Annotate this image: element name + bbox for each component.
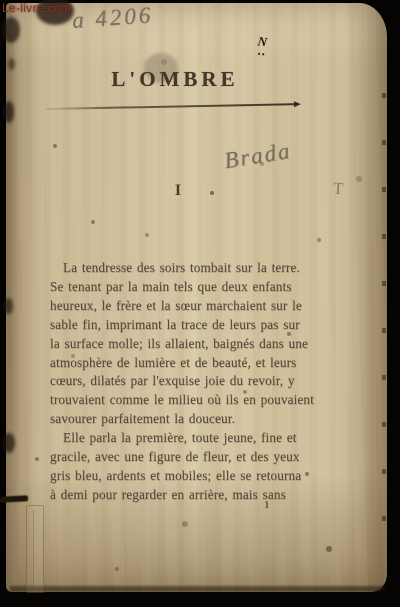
spine-blemish [8, 58, 15, 70]
page-number: 1 [264, 499, 270, 511]
page-title: L'OMBRE [64, 67, 286, 92]
ink-scribble-mark: N [255, 33, 269, 59]
title-rule [46, 103, 298, 109]
fore-edge-ticks [382, 73, 386, 542]
body-text: La tendresse des soirs tombait sur la te… [50, 259, 346, 505]
chapter-numeral: I [172, 182, 184, 200]
paragraph-1: La tendresse des soirs tombait sur la te… [50, 259, 346, 429]
bottom-edge-shadow [10, 586, 385, 592]
site-watermark: Le-livre.com [2, 1, 71, 15]
paragraph-2: Elle parla la première, toute jeune, fin… [50, 429, 346, 505]
stain-spine-top [2, 17, 20, 43]
handwritten-inventory-code: a 4206 [71, 2, 154, 34]
pencil-dagger-mark: T [332, 179, 344, 200]
book-page: a 4206 N L'OMBRE Brada I T La tendresse … [6, 3, 387, 592]
tear-mark [0, 495, 28, 502]
spine-blemish [4, 101, 14, 123]
handwritten-author-name: Brada [222, 138, 293, 174]
spine-blemish [3, 433, 15, 453]
book-photo: a 4206 N L'OMBRE Brada I T La tendresse … [0, 0, 400, 607]
spine-blemish [4, 298, 13, 314]
crease-rectangle [26, 505, 44, 593]
